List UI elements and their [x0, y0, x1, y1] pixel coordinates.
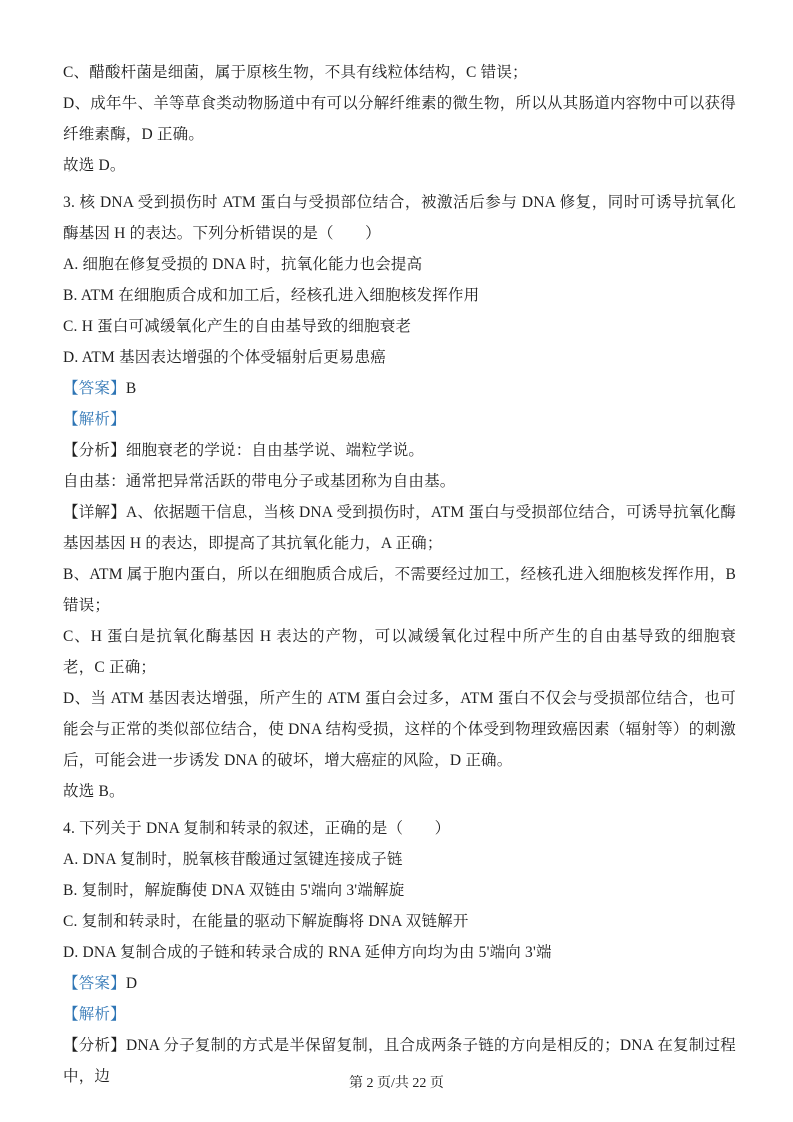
page-indicator: 第 2 页/共 22 页 — [349, 1076, 444, 1091]
q4-option-d: D. DNA 复制合成的子链和转录合成的 RNA 延伸方向均为由 5'端向 3'… — [63, 937, 736, 968]
q2-option-d-eval: D、成年牛、羊等草食类动物肠道中有可以分解纤维素的微生物，所以从其肠道内容物中可… — [63, 88, 736, 150]
q3-analysis: 【分析】细胞衰老的学说：自由基学说、端粒学说。 — [63, 435, 736, 466]
q3-detail-a: 【详解】A、依据题干信息，当核 DNA 受到损伤时，ATM 蛋白与受损部位结合，… — [63, 497, 736, 559]
q4-answer-line: 【答案】D — [63, 968, 736, 999]
q3-option-d: D. ATM 基因表达增强的个体受辐射后更易患癌 — [63, 342, 736, 373]
q4-option-b: B. 复制时，解旋酶使 DNA 双链由 5'端向 3'端解旋 — [63, 875, 736, 906]
q3-option-c: C. H 蛋白可减缓氧化产生的自由基导致的细胞衰老 — [63, 311, 736, 342]
q4-explain-label: 【解析】 — [63, 1006, 126, 1023]
page-footer: 第 2 页/共 22 页 — [0, 1072, 793, 1092]
q3-answer-value: B — [126, 380, 137, 397]
q3-answer-label: 【答案】 — [63, 380, 126, 397]
q3-option-b: B. ATM 在细胞质合成和加工后，经核孔进入细胞核发挥作用 — [63, 280, 736, 311]
document-page: C、醋酸杆菌是细菌，属于原核生物，不具有线粒体结构，C 错误； D、成年牛、羊等… — [0, 0, 793, 1092]
q3-detail-label: 【详解】 — [63, 504, 126, 521]
q4-answer-label: 【答案】 — [63, 975, 126, 992]
q4-option-c: C. 复制和转录时，在能量的驱动下解旋酶将 DNA 双链解开 — [63, 906, 736, 937]
q3-detail-a-text: A、依据题干信息，当核 DNA 受到损伤时，ATM 蛋白与受损部位结合，可诱导抗… — [63, 504, 736, 552]
q2-conclusion: 故选 D。 — [63, 150, 736, 181]
q3-answer-line: 【答案】B — [63, 373, 736, 404]
q3-explain-label: 【解析】 — [63, 411, 126, 428]
q4-answer-value: D — [126, 975, 137, 992]
q3-detail-d: D、当 ATM 基因表达增强，所产生的 ATM 蛋白会过多，ATM 蛋白不仅会与… — [63, 683, 736, 776]
q3-explain-heading: 【解析】 — [63, 404, 736, 435]
q3-option-a: A. 细胞在修复受损的 DNA 时，抗氧化能力也会提高 — [63, 249, 736, 280]
q3-conclusion: 故选 B。 — [63, 776, 736, 807]
q3-analysis-label: 【分析】 — [63, 442, 126, 459]
q3-analysis-text: 细胞衰老的学说：自由基学说、端粒学说。 — [126, 442, 424, 459]
q4-option-a: A. DNA 复制时，脱氧核苷酸通过氢键连接成子链 — [63, 844, 736, 875]
q3-detail-b: B、ATM 属于胞内蛋白，所以在细胞质合成后，不需要经过加工，经核孔进入细胞核发… — [63, 559, 736, 621]
q3-detail-c: C、H 蛋白是抗氧化酶基因 H 表达的产物，可以减缓氧化过程中所产生的自由基导致… — [63, 621, 736, 683]
q3-analysis-supplement: 自由基：通常把异常活跃的带电分子或基团称为自由基。 — [63, 466, 736, 497]
q4-analysis-label: 【分析】 — [63, 1037, 126, 1054]
q4-stem: 4. 下列关于 DNA 复制和转录的叙述，正确的是（ ） — [63, 813, 736, 844]
q4-explain-heading: 【解析】 — [63, 999, 736, 1030]
q2-option-c-eval: C、醋酸杆菌是细菌，属于原核生物，不具有线粒体结构，C 错误； — [63, 57, 736, 88]
q3-stem: 3. 核 DNA 受到损伤时 ATM 蛋白与受损部位结合，被激活后参与 DNA … — [63, 187, 736, 249]
